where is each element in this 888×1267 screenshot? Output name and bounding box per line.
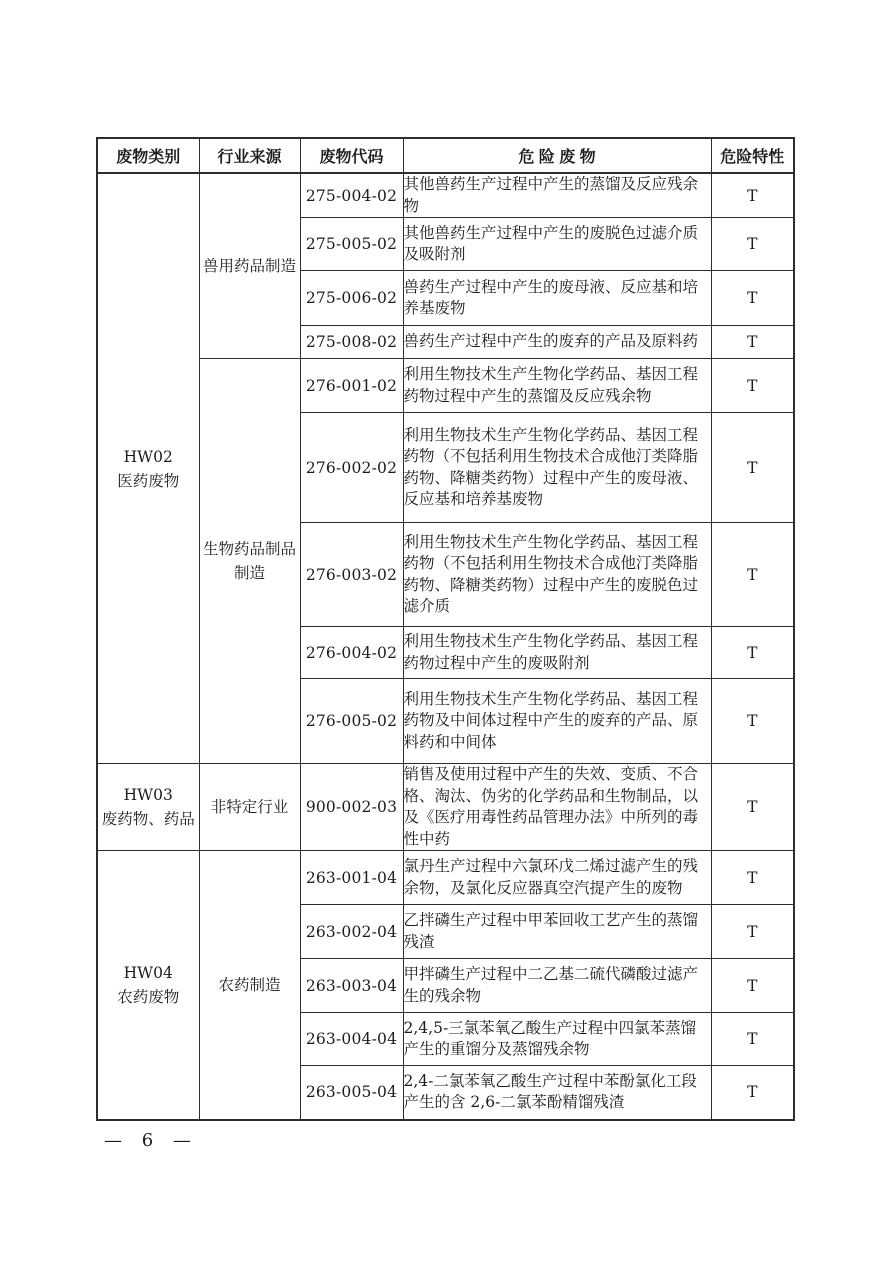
waste-code-cell: 276-003-02 (300, 523, 403, 627)
waste-description-cell: 兽药生产过程中产生的废弃的产品及原料药 (403, 326, 711, 359)
header-hazard-trait: 危险特性 (711, 138, 794, 173)
waste-description-cell: 利用生物技术生产生物化学药品、基因工程药物（不包括利用生物技术合成他汀类降脂药物… (403, 413, 711, 523)
waste-code-cell: 263-002-04 (300, 905, 403, 959)
category-id: HW03 (98, 783, 199, 807)
industry-source-cell: 农药制造 (199, 851, 300, 1120)
header-waste-code: 废物代码 (300, 138, 403, 173)
waste-description-cell: 利用生物技术生产生物化学药品、基因工程药物及中间体过程中产生的废弃的产品、原料药… (403, 679, 711, 764)
hazard-trait-cell: T (711, 905, 794, 959)
waste-category-cell: HW03 废药物、药品 (97, 764, 199, 851)
table-row: HW04 农药废物 农药制造 263-001-04 氯丹生产过程中六氯环戊二烯过… (97, 851, 794, 905)
category-name: 农药废物 (98, 985, 199, 1009)
waste-description-cell: 利用生物技术生产生物化学药品、基因工程药物（不包括利用生物技术合成他汀类降脂药物… (403, 523, 711, 627)
category-name: 医药废物 (98, 469, 199, 493)
waste-code-cell: 263-003-04 (300, 959, 403, 1013)
waste-code-cell: 263-004-04 (300, 1013, 403, 1066)
header-industry-source: 行业来源 (199, 138, 300, 173)
hazard-trait-cell: T (711, 173, 794, 218)
hazard-trait-cell: T (711, 359, 794, 413)
industry-source-cell: 兽用药品制造 (199, 173, 300, 359)
waste-code-cell: 263-005-04 (300, 1066, 403, 1120)
waste-description-cell: 氯丹生产过程中六氯环戊二烯过滤产生的残余物，及氯化反应器真空汽提产生的废物 (403, 851, 711, 905)
waste-code-cell: 276-002-02 (300, 413, 403, 523)
waste-code-cell: 275-004-02 (300, 173, 403, 218)
hazard-trait-cell: T (711, 959, 794, 1013)
waste-description-cell: 其他兽药生产过程中产生的蒸馏及反应残余物 (403, 173, 711, 218)
table-row: 生物药品制品制造 276-001-02 利用生物技术生产生物化学药品、基因工程药… (97, 359, 794, 413)
category-id: HW02 (98, 445, 199, 469)
hazard-trait-cell: T (711, 764, 794, 851)
waste-description-cell: 销售及使用过程中产生的失效、变质、不合格、淘汰、伪劣的化学药品和生物制品，以及《… (403, 764, 711, 851)
hazard-trait-cell: T (711, 1066, 794, 1120)
waste-description-cell: 乙拌磷生产过程中甲苯回收工艺产生的蒸馏残渣 (403, 905, 711, 959)
waste-code-cell: 275-005-02 (300, 218, 403, 271)
industry-source-cell: 非特定行业 (199, 764, 300, 851)
hazard-trait-cell: T (711, 679, 794, 764)
industry-source-cell: 生物药品制品制造 (199, 359, 300, 764)
hazardous-waste-table-container: 废物类别 行业来源 废物代码 危 险 废 物 危险特性 HW02 医药废物 兽用… (96, 137, 793, 1121)
hazard-trait-cell: T (711, 627, 794, 679)
hazard-trait-cell: T (711, 218, 794, 271)
hazard-trait-cell: T (711, 523, 794, 627)
hazard-trait-cell: T (711, 1013, 794, 1066)
hazardous-waste-table: 废物类别 行业来源 废物代码 危 险 废 物 危险特性 HW02 医药废物 兽用… (96, 137, 795, 1121)
waste-description-cell: 利用生物技术生产生物化学药品、基因工程药物过程中产生的蒸馏及反应残余物 (403, 359, 711, 413)
waste-description-cell: 利用生物技术生产生物化学药品、基因工程药物过程中产生的废吸附剂 (403, 627, 711, 679)
waste-category-cell: HW04 农药废物 (97, 851, 199, 1120)
table-header-row: 废物类别 行业来源 废物代码 危 险 废 物 危险特性 (97, 138, 794, 173)
waste-description-cell: 兽药生产过程中产生的废母液、反应基和培养基废物 (403, 271, 711, 326)
waste-code-cell: 275-008-02 (300, 326, 403, 359)
hazard-trait-cell: T (711, 326, 794, 359)
hazard-trait-cell: T (711, 271, 794, 326)
waste-description-cell: 2,4-二氯苯氧乙酸生产过程中苯酚氯化工段产生的含 2,6-二氯苯酚精馏残渣 (403, 1066, 711, 1120)
waste-code-cell: 276-001-02 (300, 359, 403, 413)
waste-description-cell: 2,4,5-三氯苯氧乙酸生产过程中四氯苯蒸馏产生的重馏分及蒸馏残余物 (403, 1013, 711, 1066)
page-number: — 6 — (104, 1130, 198, 1151)
hazard-trait-cell: T (711, 413, 794, 523)
category-name: 废药物、药品 (98, 807, 199, 831)
header-hazardous-waste: 危 险 废 物 (403, 138, 711, 173)
hazard-trait-cell: T (711, 851, 794, 905)
waste-description-cell: 甲拌磷生产过程中二乙基二硫代磷酸过滤产生的残余物 (403, 959, 711, 1013)
category-id: HW04 (98, 961, 199, 985)
waste-description-cell: 其他兽药生产过程中产生的废脱色过滤介质及吸附剂 (403, 218, 711, 271)
waste-code-cell: 276-004-02 (300, 627, 403, 679)
waste-code-cell: 275-006-02 (300, 271, 403, 326)
waste-category-cell: HW02 医药废物 (97, 173, 199, 764)
waste-code-cell: 276-005-02 (300, 679, 403, 764)
table-row: HW03 废药物、药品 非特定行业 900-002-03 销售及使用过程中产生的… (97, 764, 794, 851)
waste-code-cell: 263-001-04 (300, 851, 403, 905)
table-row: HW02 医药废物 兽用药品制造 275-004-02 其他兽药生产过程中产生的… (97, 173, 794, 218)
waste-code-cell: 900-002-03 (300, 764, 403, 851)
header-waste-category: 废物类别 (97, 138, 199, 173)
